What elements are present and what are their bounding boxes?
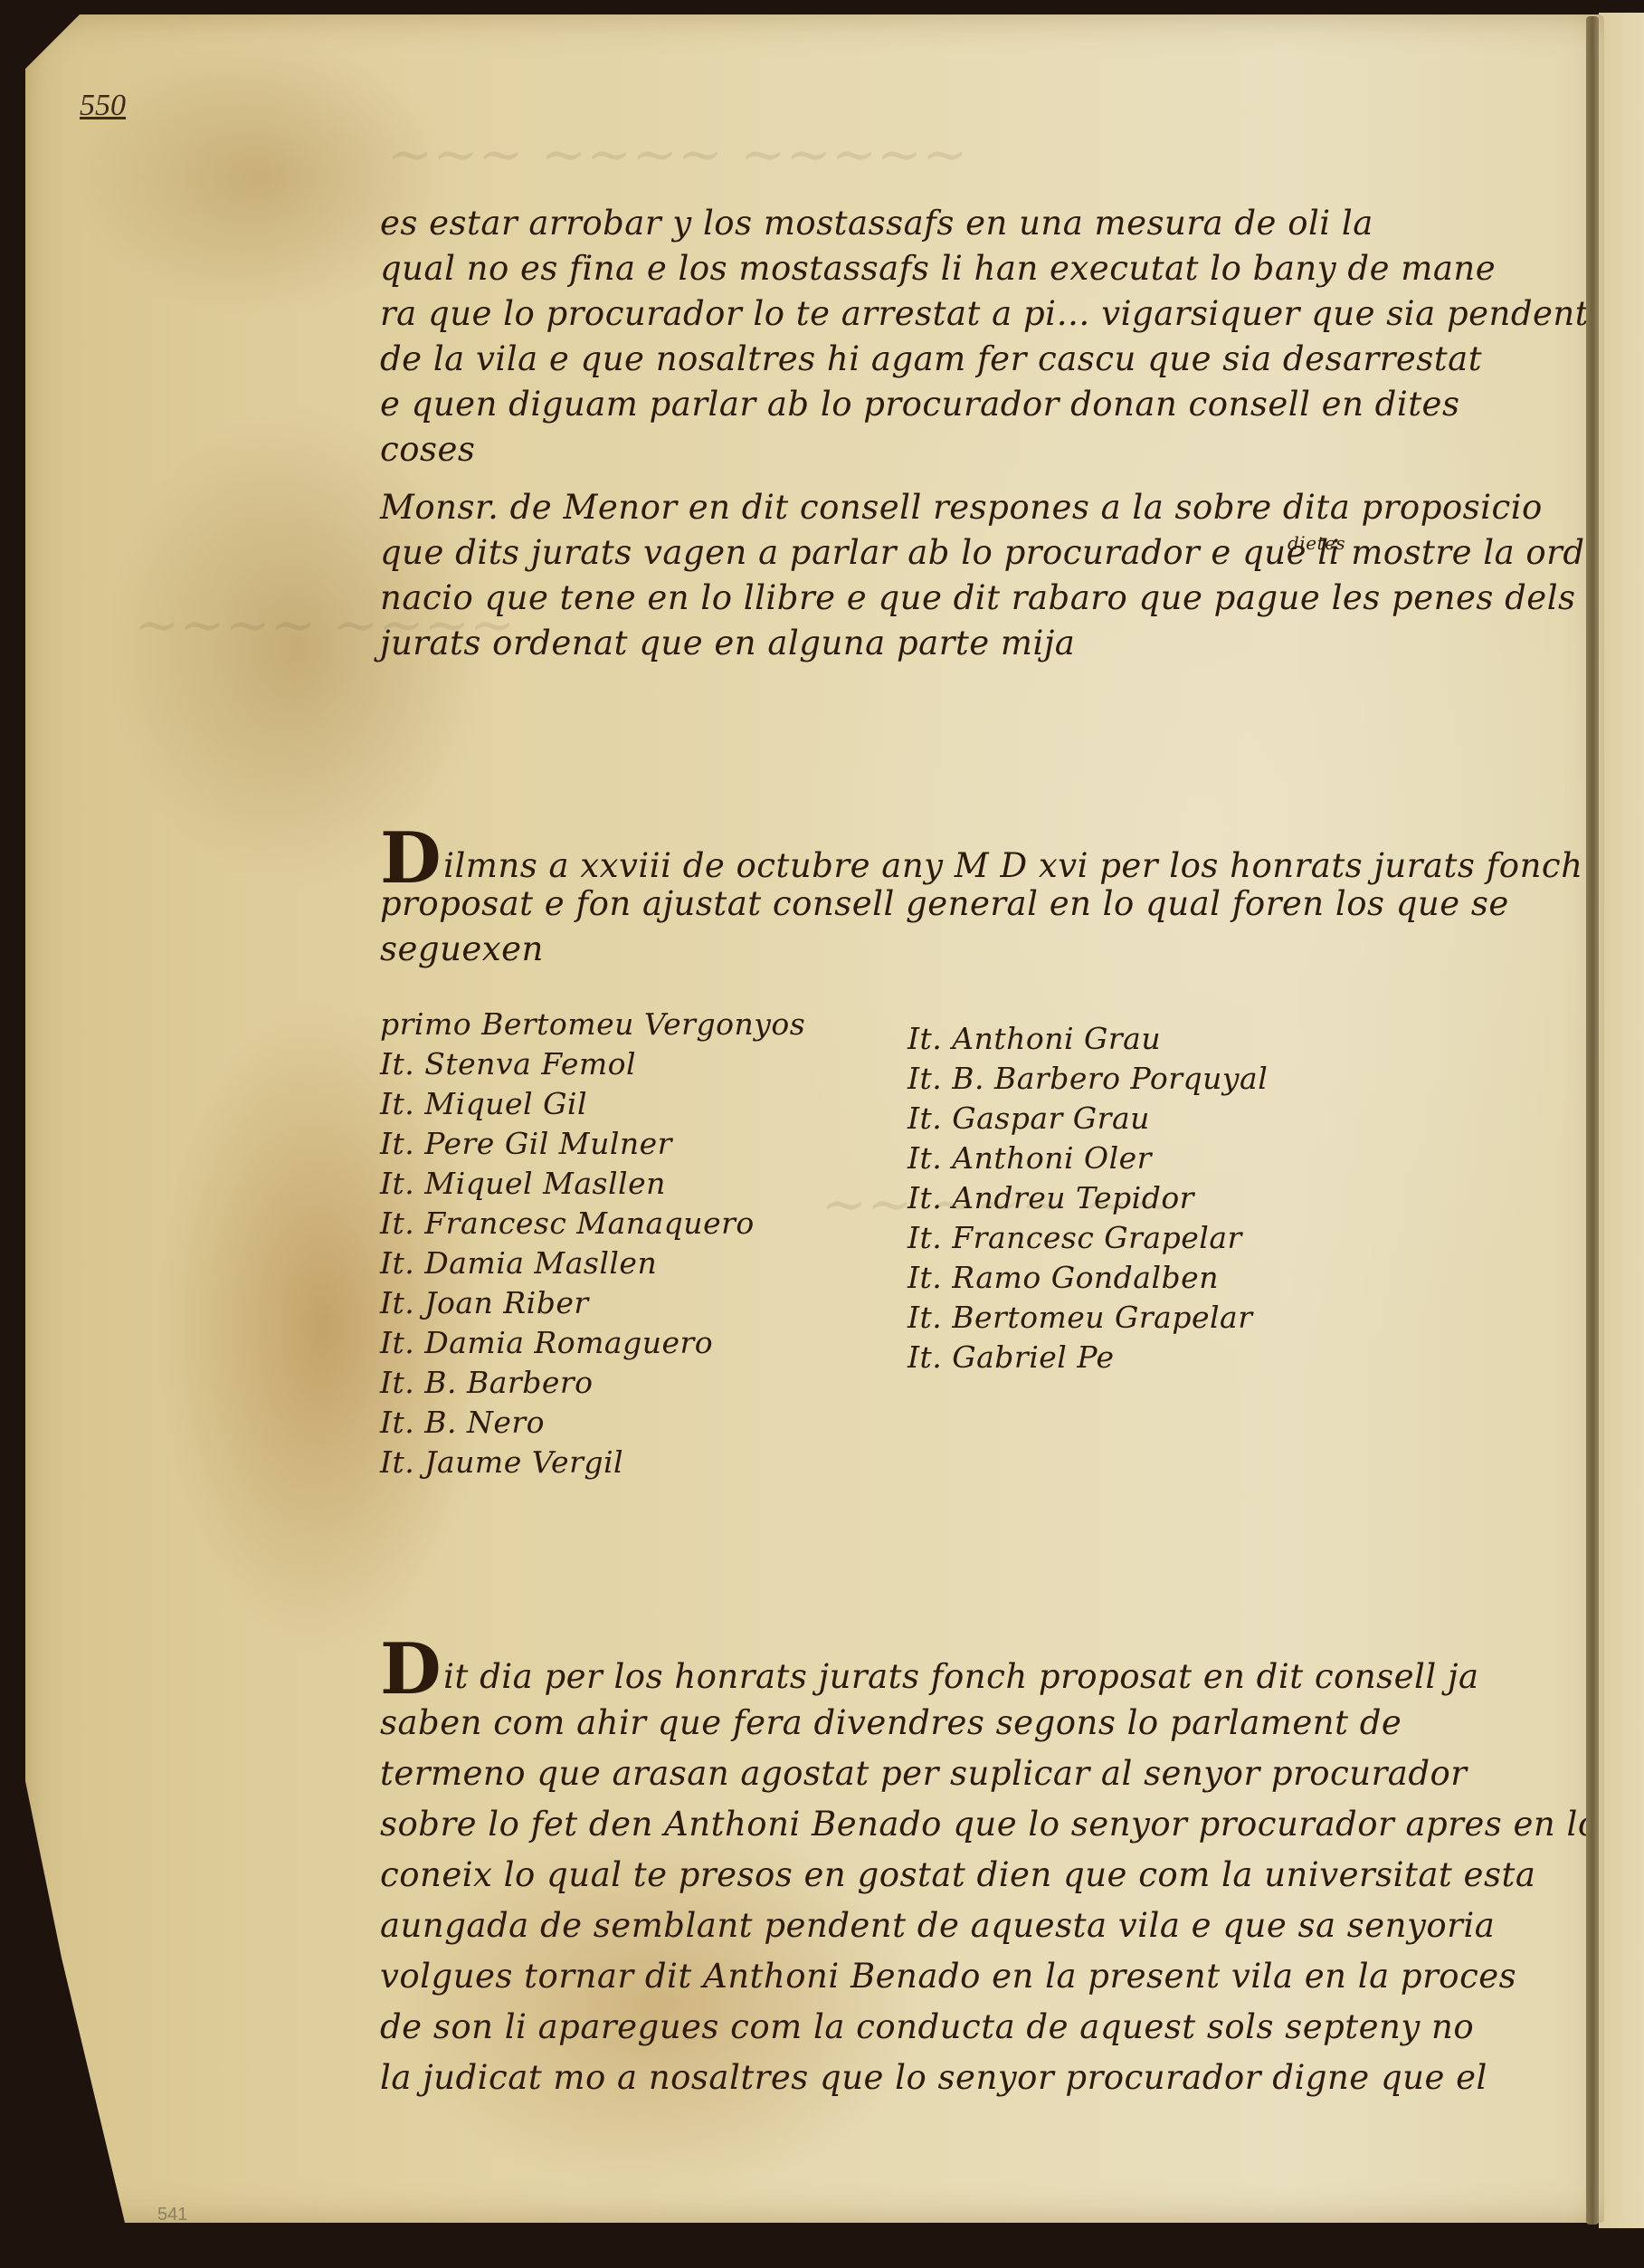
interlinear-insertion: dietes (1288, 534, 1345, 552)
attendee-name: It. B. Nero (380, 1403, 805, 1443)
attendee-name: It. Miquel Masllen (380, 1164, 805, 1204)
manuscript-page: ~~~ ~~~~ ~~~~~ ~~ ~~~ ~~ ~~~~ ~~~~ 550 5… (25, 14, 1604, 2223)
attendee-name: It. Francesc Manaquero (380, 1204, 805, 1244)
attendee-name: It. Jaume Vergil (380, 1443, 805, 1482)
text-line: proposat e fon ajustat consell general e… (380, 881, 1582, 927)
paragraph-2: Monsr. de Menor en dit consell respones … (380, 485, 1596, 666)
text-line: ra que lo procurador lo te arrestat a pi… (380, 291, 1589, 337)
paragraph-4: Dit dia per los honrats jurats fonch pro… (380, 1647, 1599, 2103)
text-line-content: ilmns a xxviii de octubre any M D xvi pe… (443, 846, 1582, 885)
text-line: de la vila e que nosaltres hi agam fer c… (380, 337, 1589, 382)
text-line: la judicat mo a nosaltres que lo senyor … (380, 2053, 1599, 2103)
folio-number-bottom: 541 (157, 2205, 187, 2225)
text-line: Monsr. de Menor en dit consell respones … (380, 485, 1596, 530)
binding-gutter (1586, 16, 1599, 2225)
text-line: jurats ordenat que en alguna parte mija (380, 621, 1596, 666)
text-line: Dilmns a xxviii de octubre any M D xvi p… (380, 836, 1582, 881)
attendee-name: It. B. Barbero (380, 1363, 805, 1403)
attendee-name: It. Damia Romaguero (380, 1323, 805, 1363)
attendee-name: It. Ramo Gondalben (908, 1258, 1268, 1298)
attendee-name: It. Bertomeu Grapelar (908, 1298, 1268, 1338)
text-line: coneix lo qual te presos en gostat dien … (380, 1850, 1599, 1901)
attendee-name: It. Anthoni Oler (908, 1139, 1268, 1178)
text-line: e quen diguam parlar ab lo procurador do… (380, 382, 1589, 427)
attendee-name: It. Miquel Gil (380, 1084, 805, 1124)
text-line: seguexen (380, 927, 1582, 972)
attendee-name: It. Joan Riber (380, 1283, 805, 1323)
attendee-name: It. Stenva Femol (380, 1044, 805, 1084)
paragraph-1: es estar arrobar y los mostassafs en una… (380, 201, 1589, 472)
text-line: termeno que arasan agostat per suplicar … (380, 1749, 1599, 1799)
attendee-name: primo Bertomeu Vergonyos (380, 1005, 805, 1044)
text-line: es estar arrobar y los mostassafs en una… (380, 201, 1589, 246)
text-line: coses (380, 427, 1589, 472)
paragraph-3: Dilmns a xxviii de octubre any M D xvi p… (380, 836, 1582, 972)
attendee-list-right: It. Anthoni Grau It. B. Barbero Porquyal… (908, 1019, 1268, 1377)
attendee-name: It. Francesc Grapelar (908, 1218, 1268, 1258)
attendee-name: It. B. Barbero Porquyal (908, 1059, 1268, 1099)
attendee-name: It. Damia Masllen (380, 1244, 805, 1283)
text-line-content: it dia per los honrats jurats fonch prop… (443, 1657, 1478, 1696)
folio-number: 550 (80, 89, 126, 123)
attendee-name: It. Andreu Tepidor (908, 1178, 1268, 1218)
text-line: volgues tornar dit Anthoni Benado en la … (380, 1951, 1599, 2002)
attendee-name: It. Pere Gil Mulner (380, 1124, 805, 1164)
text-line: saben com ahir que fera divendres segons… (380, 1698, 1599, 1749)
text-line: sobre lo fet den Anthoni Benado que lo s… (380, 1799, 1599, 1850)
attendee-list-left: primo Bertomeu Vergonyos It. Stenva Femo… (380, 1005, 805, 1482)
text-line: que dits jurats vagen a parlar ab lo pro… (380, 530, 1596, 576)
text-line: aungada de semblant pendent de aquesta v… (380, 1901, 1599, 1951)
attendee-name: It. Gaspar Grau (908, 1099, 1268, 1139)
text-line: qual no es fina e los mostassafs li han … (380, 246, 1589, 291)
bleed-through-text: ~~~ ~~~~ ~~~~~ (387, 123, 967, 186)
attendee-name: It. Gabriel Pe (908, 1338, 1268, 1377)
facing-page-edge (1599, 13, 1644, 2228)
text-line: de son li aparegues com la conducta de a… (380, 2002, 1599, 2053)
attendee-name: It. Anthoni Grau (908, 1019, 1268, 1059)
text-line: Dit dia per los honrats jurats fonch pro… (380, 1647, 1599, 1698)
text-line: nacio que tene en lo llibre e que dit ra… (380, 576, 1596, 621)
